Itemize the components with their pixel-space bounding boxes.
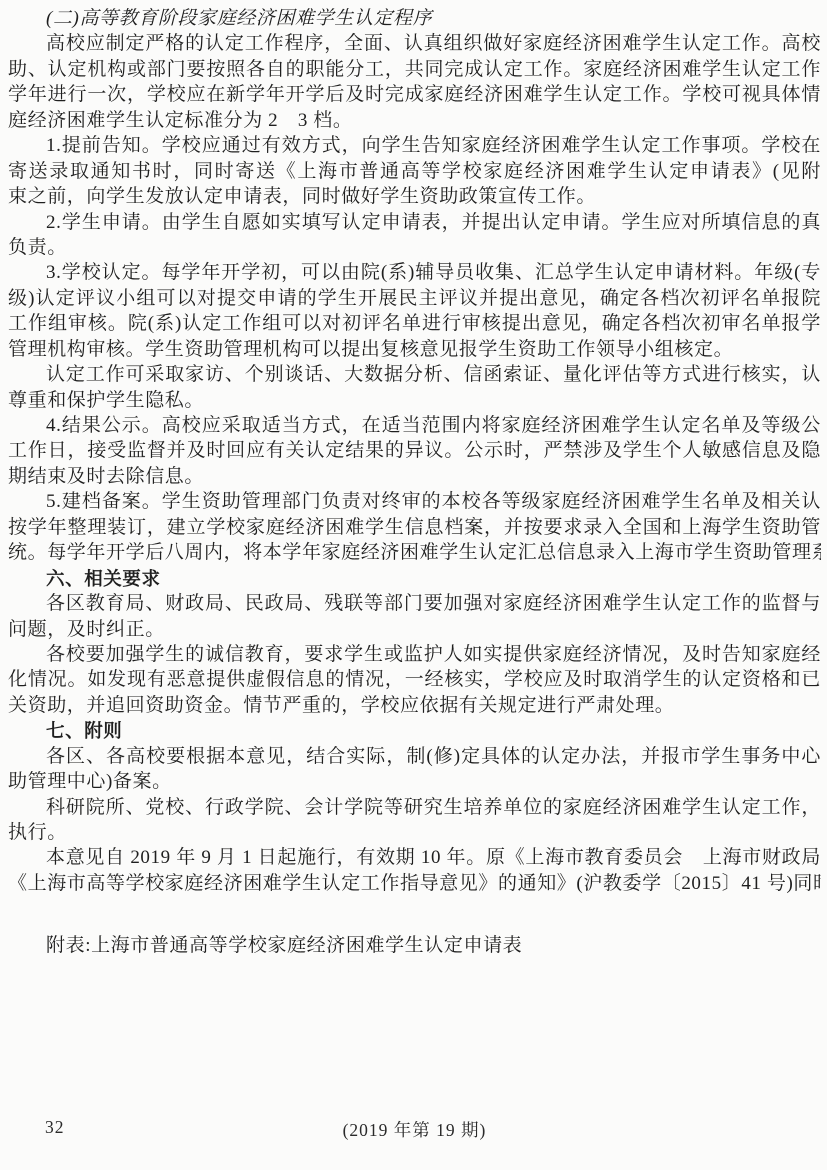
document-body: (二)高等教育阶段家庭经济困难学生认定程序高校应制定严格的认定工作程序，全面、认… xyxy=(8,6,821,959)
text-line: 各校要加强学生的诚信教育，要求学生或监护人如实提供家庭经济情况，及时告知家庭经济… xyxy=(8,642,821,667)
text-line: 执行。 xyxy=(8,820,821,845)
text-line: 各区教育局、财政局、民政局、残联等部门要加强对家庭经济困难学生认定工作的监督与指… xyxy=(8,591,821,616)
text-line: 1.提前告知。学校应通过有效方式，向学生告知家庭经济困难学生认定工作事项。学校在… xyxy=(8,133,821,158)
text-line: 问题，及时纠正。 xyxy=(8,617,821,642)
text-line: 附表:上海市普通高等学校家庭经济困难学生认定申请表 xyxy=(8,933,821,958)
text-line: 化情况。如发现有恶意提供虚假信息的情况，一经核实，学校应及时取消学生的认定资格和… xyxy=(8,667,821,692)
text-line: 助管理中心)备案。 xyxy=(8,769,821,794)
text-line: 关资助，并追回资助资金。情节严重的，学校应依据有关规定进行严肃处理。 xyxy=(8,693,821,718)
text-line: 本意见自 2019 年 9 月 1 日起施行，有效期 10 年。原《上海市教育委… xyxy=(8,845,821,870)
text-line: 工作组审核。院(系)认定工作组可以对初评名单进行审核提出意见，确定各档次初审名单… xyxy=(8,311,821,336)
text-line: 级)认定评议小组可以对提交申请的学生开展民主评议并提出意见，确定各档次初评名单报… xyxy=(8,286,821,311)
text-line: 按学年整理装订，建立学校家庭经济困难学生信息档案，并按要求录入全国和上海学生资助… xyxy=(8,515,821,540)
text-line: 管理机构审核。学生资助管理机构可以提出复核意见报学生资助工作领导小组核定。 xyxy=(8,337,821,362)
text-line: 《上海市高等学校家庭经济困难学生认定工作指导意见》的通知》(沪教委学〔2015〕… xyxy=(8,871,821,896)
page-footer: 32 (2019 年第 19 期) xyxy=(8,1117,821,1142)
text-line: 2.学生申请。由学生自愿如实填写认定申请表，并提出认定申请。学生应对所填信息的真… xyxy=(8,210,821,235)
text-line: 期结束及时去除信息。 xyxy=(8,464,821,489)
text-line: 科研院所、党校、行政学院、会计学院等研究生培养单位的家庭经济困难学生认定工作，参… xyxy=(8,795,821,820)
document-page: (二)高等教育阶段家庭经济困难学生认定程序高校应制定严格的认定工作程序，全面、认… xyxy=(0,0,827,1170)
text-line: 5.建档备案。学生资助管理部门负责对终审的本校各等级家庭经济困难学生名单及相关认… xyxy=(8,489,821,514)
text-line: 工作日，接受监督并及时回应有关认定结果的异议。公示时，严禁涉及学生个人敏感信息及… xyxy=(8,438,821,463)
text-line: 束之前，向学生发放认定申请表，同时做好学生资助政策宣传工作。 xyxy=(8,184,821,209)
text-line: 尊重和保护学生隐私。 xyxy=(8,388,821,413)
text-line: 各区、各高校要根据本意见，结合实际，制(修)定具体的认定办法，并报市学生事务中心… xyxy=(8,744,821,769)
text-line: (二)高等教育阶段家庭经济困难学生认定程序 xyxy=(8,6,821,31)
text-line: 统。每学年开学后八周内，将本学年家庭经济困难学生认定汇总信息录入上海市学生资助管… xyxy=(8,540,821,565)
issue-label: (2019 年第 19 期) xyxy=(8,1117,821,1142)
text-line: 七、附则 xyxy=(8,718,821,743)
text-line: 寄送录取通知书时，同时寄送《上海市普通高等学校家庭经济困难学生认定申请表》(见附… xyxy=(8,159,821,184)
text-line: 六、相关要求 xyxy=(8,566,821,591)
text-line: 庭经济困难学生认定标准分为 2 3 档。 xyxy=(8,108,821,133)
page-number: 32 xyxy=(45,1117,65,1138)
text-line: 4.结果公示。高校应采取适当方式，在适当范围内将家庭经济困难学生认定名单及等级公… xyxy=(8,413,821,438)
text-line: 助、认定机构或部门要按照各自的职能分工，共同完成认定工作。家庭经济困难学生认定工… xyxy=(8,57,821,82)
text-line: 高校应制定严格的认定工作程序，全面、认真组织做好家庭经济困难学生认定工作。高校各… xyxy=(8,31,821,56)
text-line: 学年进行一次，学校应在新学年开学后及时完成家庭经济困难学生认定工作。学校可视具体… xyxy=(8,82,821,107)
text-line: 认定工作可采取家访、个别谈话、大数据分析、信函索证、量化评估等方式进行核实，认定… xyxy=(8,362,821,387)
line-spacer xyxy=(8,896,821,933)
text-line: 负责。 xyxy=(8,235,821,260)
text-line: 3.学校认定。每学年开学初，可以由院(系)辅导员收集、汇总学生认定申请材料。年级… xyxy=(8,260,821,285)
